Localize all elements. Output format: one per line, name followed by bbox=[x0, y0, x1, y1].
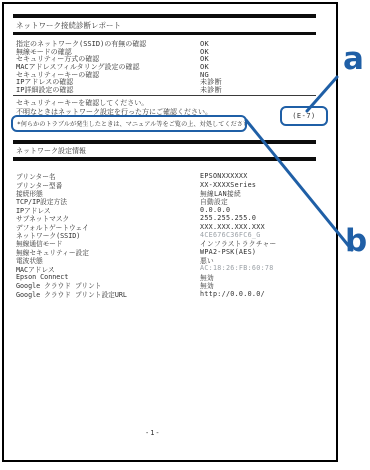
setting-value: EPSONXXXXXX bbox=[200, 172, 248, 180]
setting-value: 0.0.0.0 bbox=[200, 206, 230, 214]
check-row: IP詳細設定の確認 未診断 bbox=[16, 86, 318, 94]
boxed-note-highlight: *何らかのトラブルが発生したときは、マニュアル等をご覧の上、対処してください。 bbox=[11, 115, 247, 132]
error-code: (E-7) bbox=[292, 112, 316, 120]
error-code-highlight: (E-7) bbox=[280, 106, 328, 126]
setting-label: Google クラウド プリント設定URL bbox=[16, 289, 200, 299]
figure-canvas: ネットワーク接続診断レポート 指定のネットワーク(SSID)の有無の確認 OK … bbox=[0, 0, 370, 470]
setting-value: XXX.XXX.XXX.XXX bbox=[200, 223, 265, 231]
boxed-note-text: *何らかのトラブルが発生したときは、マニュアル等をご覧の上、対処してください。 bbox=[17, 119, 247, 128]
setting-row: Google クラウド プリント設定URL http://0.0.0.0/ bbox=[16, 289, 318, 297]
report-title: ネットワーク接続診断レポート bbox=[16, 20, 121, 31]
settings-list: プリンター名 EPSONXXXXXX プリンター型番 XX-XXXXSeries… bbox=[16, 172, 318, 298]
settings-top-bar bbox=[13, 140, 316, 144]
divider-rule bbox=[13, 95, 316, 96]
setting-value: http://0.0.0.0/ bbox=[200, 290, 265, 298]
check-list: 指定のネットワーク(SSID)の有無の確認 OK 無線モードの確認 OK セキュ… bbox=[16, 40, 318, 94]
header-bottom-bar bbox=[13, 32, 316, 35]
advice-text: セキュリティーキーを確認してください。 不明なときはネットワーク設定を行った方に… bbox=[16, 99, 212, 116]
check-label: IP詳細設定の確認 bbox=[16, 85, 200, 95]
setting-value: 255.255.255.0 bbox=[200, 214, 256, 222]
callout-label-b: b bbox=[345, 226, 367, 257]
header-top-bar bbox=[13, 14, 316, 18]
settings-bottom-bar bbox=[13, 157, 316, 161]
check-result: 未診断 bbox=[200, 85, 222, 95]
settings-title: ネットワーク設定情報 bbox=[16, 146, 86, 156]
setting-row: MACアドレス AC:18:26:FB:60:78 bbox=[16, 264, 318, 272]
page-number: -1- bbox=[145, 429, 161, 437]
advice-line-1: セキュリティーキーを確認してください。 bbox=[16, 99, 212, 108]
callout-label-a: a bbox=[343, 44, 364, 75]
